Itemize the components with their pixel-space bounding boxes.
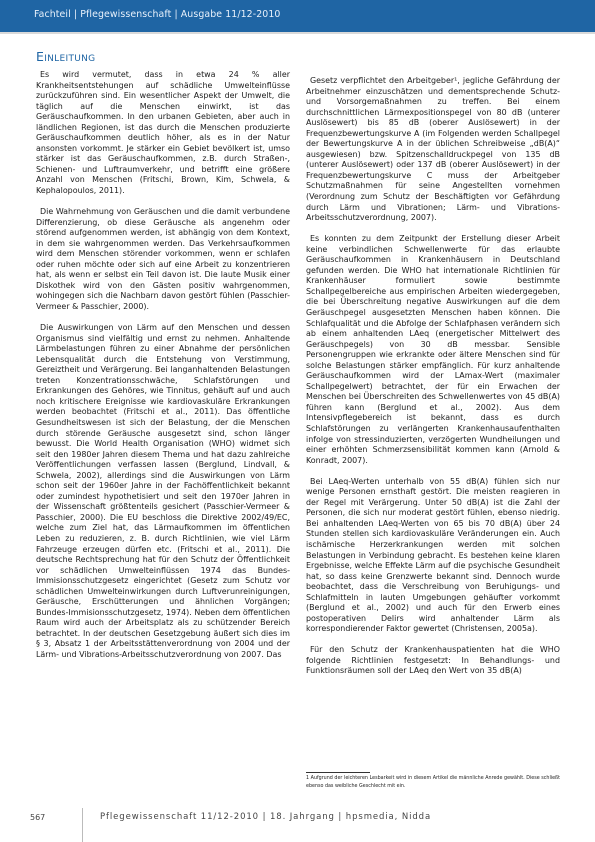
section-title: Einleitung [36,49,95,64]
paragraph: Die Wahrnehmung von Geräuschen und die d… [36,207,290,312]
footnote-divider [306,772,370,773]
paragraph: Es konnten zu dem Zeitpunkt der Erstellu… [306,234,560,466]
footer-divider [82,808,83,842]
paragraph: Für den Schutz der Krankenhauspatienten … [306,645,560,677]
paragraph: Bei LAeq-Werten unterhalb von 55 dB(A) f… [306,477,560,635]
footnote: 1 Aufgrund der leichteren Lesbarkeit wir… [306,775,560,790]
paragraph: Die Auswirkungen von Lärm auf den Mensch… [36,323,290,661]
header-bar: Fachteil | Pflegewissenschaft | Ausgabe … [0,0,595,34]
running-header: Fachteil | Pflegewissenschaft | Ausgabe … [34,9,281,20]
page-number: 567 [30,813,45,822]
left-column: Es wird vermutet, dass in etwa 24 % alle… [36,70,290,671]
paragraph: Gesetz verpflichtet den Arbeitgeber¹, je… [306,76,560,224]
paragraph: Es wird vermutet, dass in etwa 24 % alle… [36,70,290,197]
footer-text: Pflegewissenschaft 11/12-2010 | 18. Jahr… [100,812,431,822]
right-column: Gesetz verpflichtet den Arbeitgeber¹, je… [306,76,560,688]
